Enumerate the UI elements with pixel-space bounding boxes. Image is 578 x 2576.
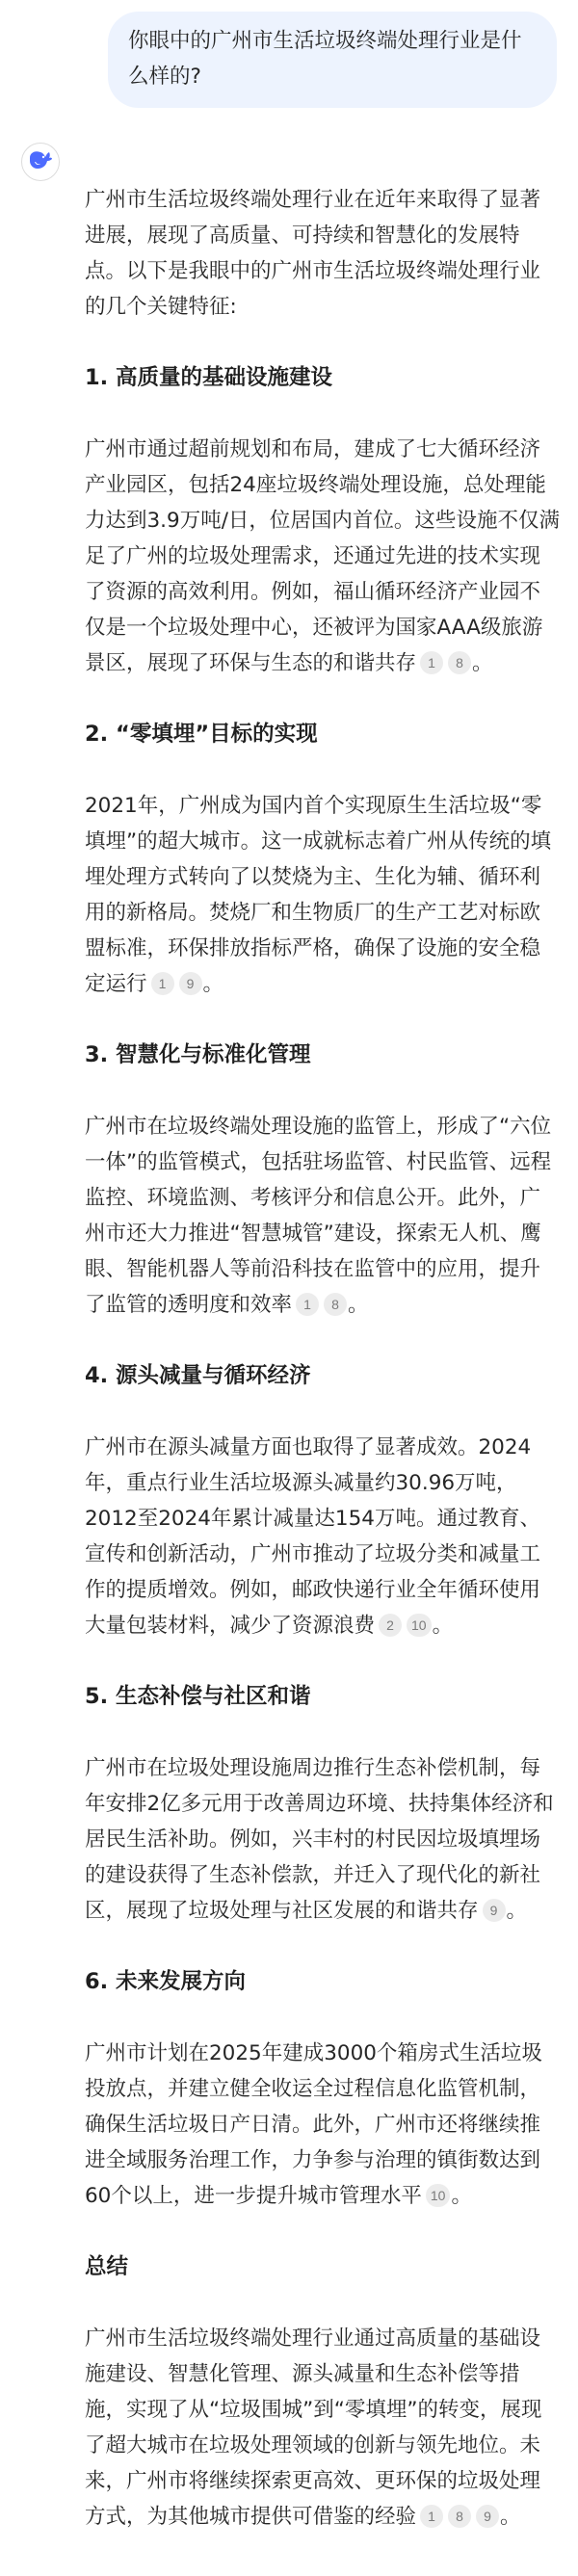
citation-badge[interactable]: 9	[179, 972, 202, 995]
citation-badge[interactable]: 8	[448, 2505, 471, 2528]
summary-body: 广州市生活垃圾终端处理行业通过高质量的基础设施建设、智慧化管理、源头减量和生态补…	[85, 2321, 561, 2535]
section-body: 广州市在垃圾处理设施周边推行生态补偿机制，每年安排2亿多元用于改善周边环境、扶持…	[85, 1750, 561, 1929]
section-heading: 2. “零填埋”目标的实现	[85, 717, 561, 752]
citation-badge[interactable]: 8	[324, 1293, 347, 1316]
user-message: 你眼中的广州市生活垃圾终端处理行业是什么样的?	[108, 12, 557, 108]
citation-badge[interactable]: 1	[420, 651, 443, 674]
section-body: 2021年，广州成为国内首个实现原生生活垃圾“零填埋”的超大城市。这一成就标志着…	[85, 788, 561, 1002]
whale-logo-icon	[28, 149, 53, 174]
citation-badge[interactable]: 9	[483, 1899, 506, 1922]
section-heading: 6. 未来发展方向	[85, 1964, 561, 2000]
citation-badge[interactable]: 1	[151, 972, 174, 995]
summary-heading: 总结	[85, 2249, 561, 2285]
citation-badge[interactable]: 8	[448, 651, 471, 674]
section-heading: 1. 高质量的基础设施建设	[85, 360, 561, 396]
citation-badge[interactable]: 1	[420, 2505, 443, 2528]
assistant-answer: 广州市生活垃圾终端处理行业在近年来取得了显著进展，展现了高质量、可持续和智慧化的…	[85, 182, 561, 2570]
citation-badge[interactable]: 10	[407, 1614, 432, 1637]
section-body: 广州市通过超前规划和布局，建成了七大循环经济产业园区，包括24座垃圾终端处理设施…	[85, 432, 561, 681]
section-heading: 4. 源头减量与循环经济	[85, 1358, 561, 1394]
section-heading: 3. 智慧化与标准化管理	[85, 1038, 561, 1073]
citation-badge[interactable]: 9	[476, 2505, 499, 2528]
citation-badge[interactable]: 10	[426, 2184, 451, 2207]
intro-paragraph: 广州市生活垃圾终端处理行业在近年来取得了显著进展，展现了高质量、可持续和智慧化的…	[85, 182, 561, 325]
user-message-bubble: 你眼中的广州市生活垃圾终端处理行业是什么样的?	[108, 12, 557, 108]
section-body: 广州市在源头减量方面也取得了显著成效。2024年，重点行业生活垃圾源头减量约30…	[85, 1430, 561, 1643]
section-body: 广州市在垃圾终端处理设施的监管上，形成了“六位一体”的监管模式，包括驻场监管、村…	[85, 1109, 561, 1323]
citation-badge[interactable]: 1	[296, 1293, 319, 1316]
citation-badge[interactable]: 2	[379, 1614, 402, 1637]
assistant-avatar	[21, 143, 60, 181]
section-body: 广州市计划在2025年建成3000个箱房式生活垃圾投放点，并建立健全收运全过程信…	[85, 2036, 561, 2214]
section-heading: 5. 生态补偿与社区和谐	[85, 1679, 561, 1715]
